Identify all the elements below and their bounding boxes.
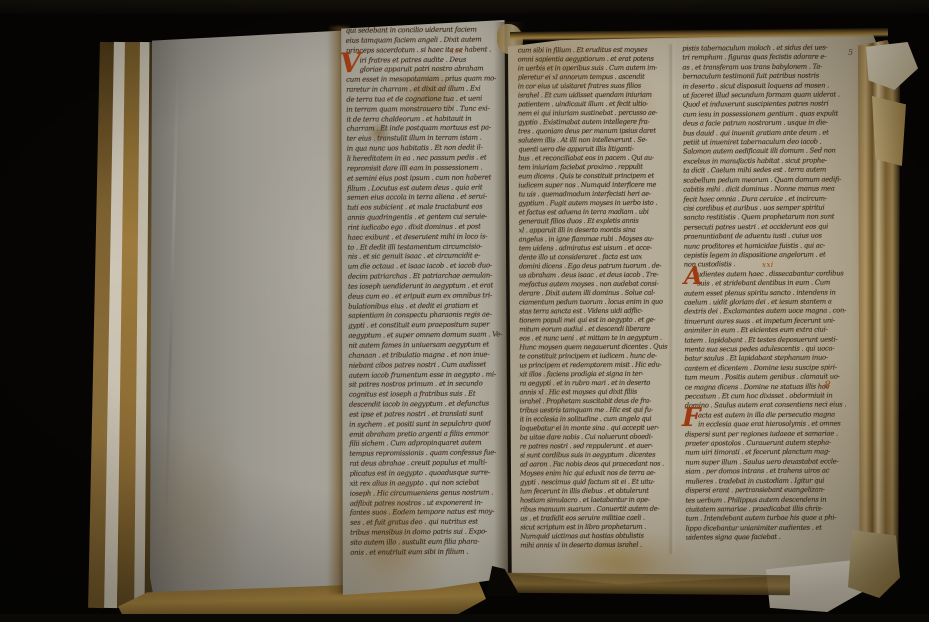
section-numeral-right: xxi [762,261,774,269]
intercolumn-crease [668,44,676,554]
blank-verso-page [150,28,355,600]
photo-top-edge [0,0,929,14]
section-numeral-left: xxx [450,47,464,56]
text-column-left: qui sedebant in concilio uiderunt faciem… [346,25,507,561]
manuscript-photograph: qui sedebant in concilio uiderunt faciem… [0,0,929,622]
rubricated-initial-a: A [684,264,703,288]
text-column-right: pistis tabernaculum moloch . et sidus de… [682,43,835,544]
text-column-middle: cum sibi in filium . Et eruditus est moy… [518,46,667,557]
page-corner-edge [872,96,906,166]
folio-number: 5 [848,48,853,57]
photo-bottom-edge [0,614,929,622]
rubricated-initial-f: F [682,405,700,431]
rubricated-initial-v: V [340,50,362,78]
corner-flap-bottom-right [848,530,900,598]
